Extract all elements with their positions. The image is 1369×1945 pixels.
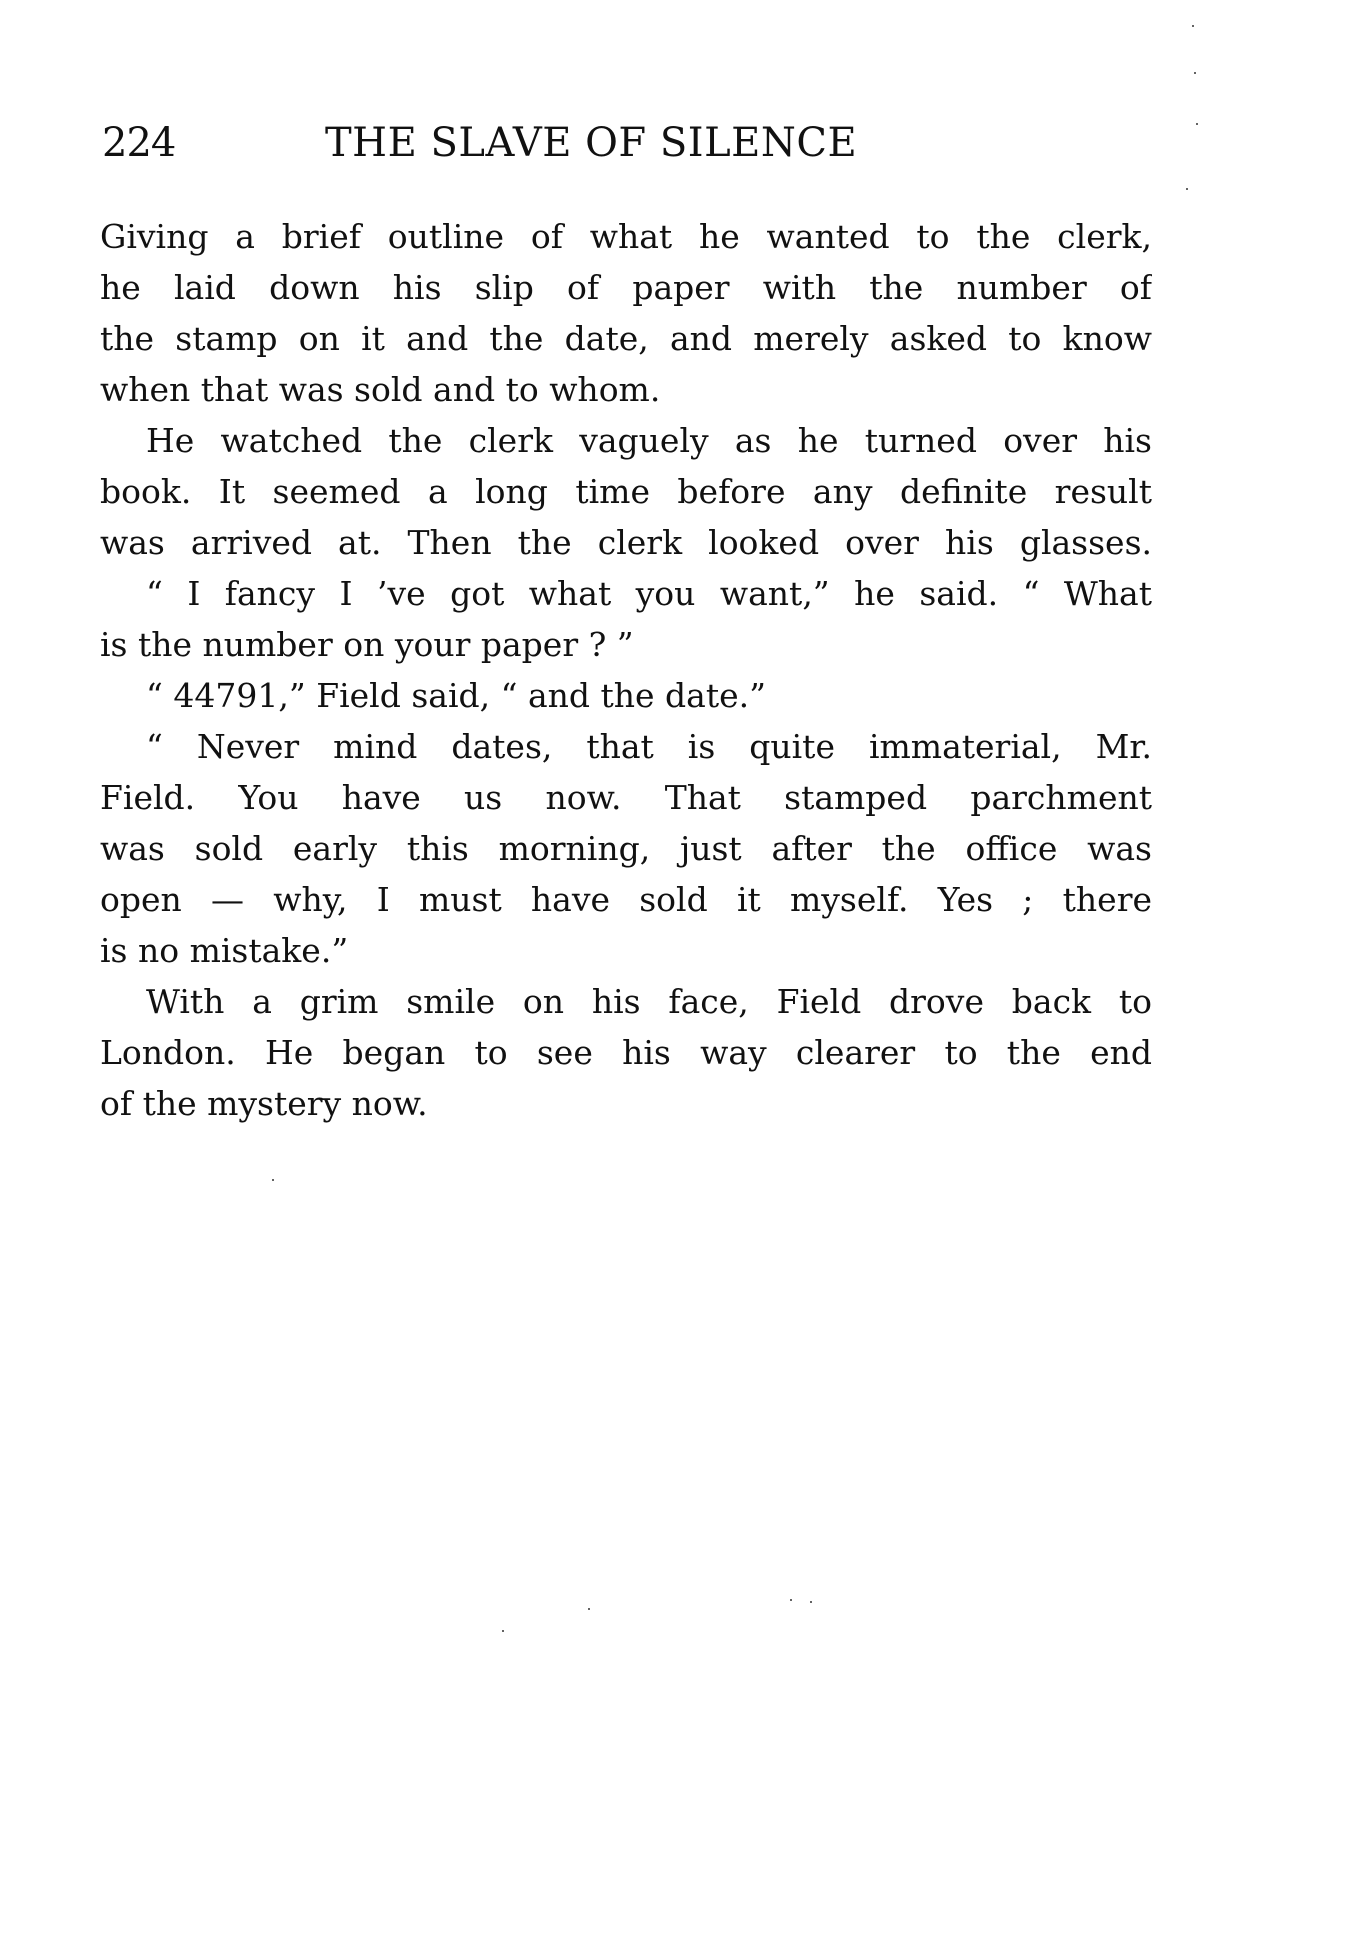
- text-line: open — why, I must have sold it myself. …: [100, 874, 1152, 925]
- text-line: was arrived at. Then the clerk looked ov…: [100, 517, 1152, 568]
- scan-speck: [790, 1599, 792, 1601]
- text-line: the stamp on it and the date, and merely…: [100, 313, 1152, 364]
- running-title: THE SLAVE OF SILENCE: [325, 118, 929, 168]
- scan-speck: [272, 1179, 274, 1181]
- scan-speck: [502, 1630, 504, 1632]
- page-number: 224: [102, 118, 175, 168]
- text-line: he laid down his slip of paper with the …: [100, 262, 1152, 313]
- text-line: London. He began to see his way clearer …: [100, 1027, 1152, 1078]
- text-line: of the mystery now.: [100, 1078, 1152, 1129]
- text-line: Giving a brief outline of what he wanted…: [100, 211, 1152, 262]
- scan-speck: [1196, 123, 1198, 125]
- running-head: 224 THE SLAVE OF SILENCE: [100, 118, 1152, 168]
- body-text: Giving a brief outline of what he wanted…: [100, 211, 1152, 1129]
- scan-speck: [1186, 188, 1188, 190]
- text-line: “ I fancy I ’ve got what you want,” he s…: [100, 568, 1152, 619]
- book-page: 224 THE SLAVE OF SILENCE Giving a brief …: [0, 0, 1369, 1945]
- text-line: is no mistake.”: [100, 925, 1152, 976]
- text-line: was sold early this morning, just after …: [100, 823, 1152, 874]
- text-line: when that was sold and to whom.: [100, 364, 1152, 415]
- scan-speck: [810, 1601, 812, 1603]
- text-line: book. It seemed a long time before any d…: [100, 466, 1152, 517]
- scan-speck: [1192, 25, 1194, 27]
- scan-speck: [1194, 72, 1196, 74]
- text-line: He watched the clerk vaguely as he turne…: [100, 415, 1152, 466]
- text-line: is the number on your paper ? ”: [100, 619, 1152, 670]
- text-line: “ Never mind dates, that is quite immate…: [100, 721, 1152, 772]
- scan-speck: [588, 1608, 590, 1610]
- text-line: “ 44791,” Field said, “ and the date.”: [100, 670, 1152, 721]
- text-line: Field. You have us now. That stamped par…: [100, 772, 1152, 823]
- text-line: With a grim smile on his face, Field dro…: [100, 976, 1152, 1027]
